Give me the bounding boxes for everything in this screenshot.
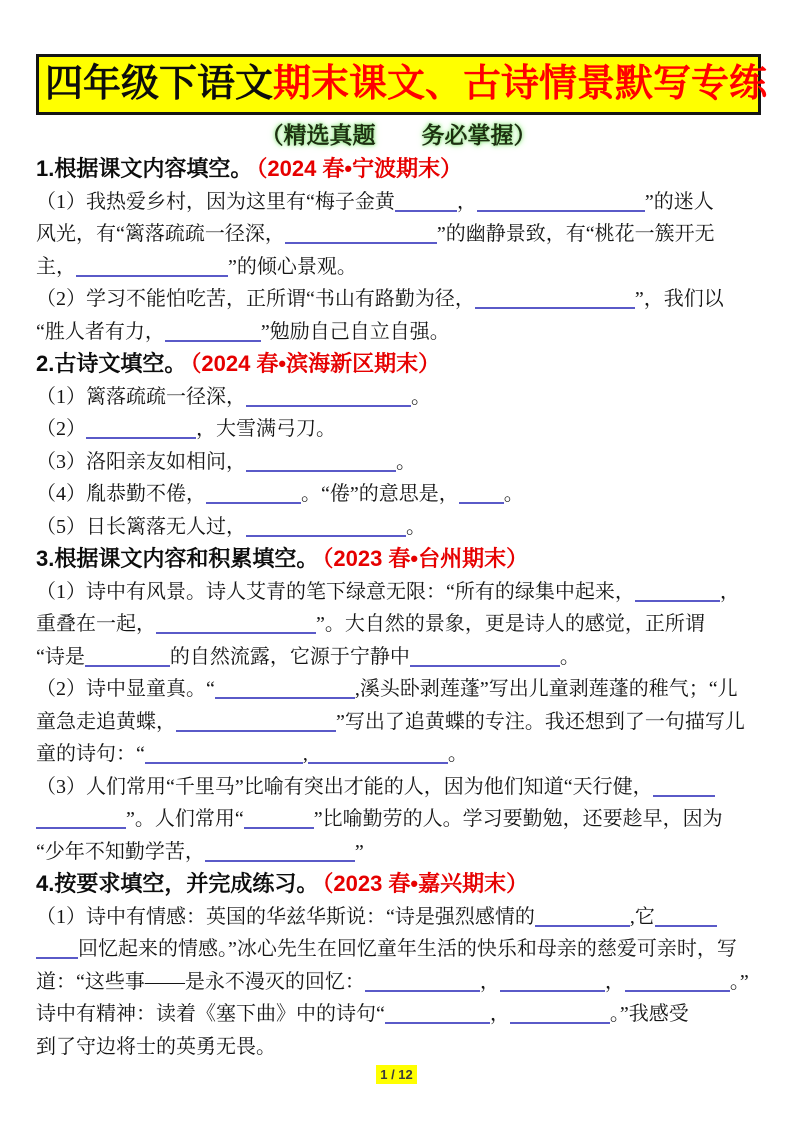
blank-underline [308, 748, 448, 764]
text-line: 风光，有“篱落疏疏一径深，”的幽静景致，有“桃花一簇开无 [36, 218, 761, 251]
text-segment: 。”我感受 [610, 1003, 689, 1025]
text-segment: 童的诗句：“ [36, 743, 145, 765]
text-segment: 回忆起来的情感。”冰心先生在回忆童年生活的快乐和母亲的慈爱可亲时，写 [78, 938, 737, 960]
question-block: 2.古诗文填空。（2024 春•滨海新区期末）（1）篱落疏疏一径深，。（2），大… [36, 348, 761, 543]
blank-underline [85, 651, 170, 667]
text-line: 道：“这些事——是永不漫灭的回忆：，，。” [36, 966, 761, 999]
blank-underline [244, 813, 314, 829]
blank-underline [635, 586, 720, 602]
text-line: （5）日长篱落无人过，。 [36, 511, 761, 544]
text-segment: 道：“这些事——是永不漫灭的回忆： [36, 971, 365, 993]
page-footer: 1 / 12 [0, 1065, 793, 1084]
question-heading-label: 1.根据课文内容填空。 [36, 156, 252, 181]
text-segment: ”写出了追黄蝶的专注。我还想到了一句描写儿 [336, 711, 745, 733]
blank-underline [156, 618, 316, 634]
text-segment: （5）日长篱落无人过， [36, 516, 246, 538]
blank-underline [36, 943, 78, 959]
text-segment: “诗是 [36, 646, 85, 668]
blank-underline [145, 748, 303, 764]
text-segment: 重叠在一起， [36, 613, 156, 635]
worksheet-subtitle: （精选真题 务必掌握） [36, 119, 761, 151]
blank-underline [395, 196, 457, 212]
text-segment: 。 [448, 743, 468, 765]
text-line: 到了守边将士的英勇无畏。 [36, 1031, 761, 1064]
text-segment: 主， [36, 256, 76, 278]
blank-underline [246, 391, 411, 407]
text-line: “少年不知勤学苦，” [36, 836, 761, 869]
question-source-tag: （2024 春•滨海新区期末） [190, 351, 440, 376]
text-line: ”。人们常用“”比喻勤劳的人。学习要勤勉，还要趁早，因为 [36, 803, 761, 836]
blank-underline [205, 846, 355, 862]
text-segment: ”比喻勤劳的人。学习要勤勉，还要趁早，因为 [314, 808, 723, 830]
text-segment: ， [480, 971, 500, 993]
blank-underline [246, 521, 406, 537]
text-line: 回忆起来的情感。”冰心先生在回忆童年生活的快乐和母亲的慈爱可亲时，写 [36, 933, 761, 966]
question-heading-label: 3.根据课文内容和积累填空。 [36, 546, 318, 571]
text-segment: “少年不知勤学苦， [36, 841, 205, 863]
question-block: 4.按要求填空，并完成练习。（2023 春•嘉兴期末）（1）诗中有情感：英国的华… [36, 868, 761, 1063]
text-segment: 。 [406, 516, 426, 538]
text-line: （1）篱落疏疏一径深，。 [36, 381, 761, 414]
blank-underline [165, 326, 261, 342]
question-heading: 3.根据课文内容和积累填空。（2023 春•台州期末） [36, 543, 761, 576]
worksheet-title-bar: 四年级下语文期末课文、古诗情景默写专练 [36, 54, 761, 115]
text-segment: 诗中有精神：读着《塞下曲》中的诗句“ [36, 1003, 385, 1025]
text-segment: 。“倦”的意思是， [301, 483, 459, 505]
text-segment: （1）诗中有风景。诗人艾青的笔下绿意无限：“所有的绿集中起来， [36, 581, 635, 603]
blank-underline [510, 1008, 610, 1024]
text-line: “胜人者有力，”勉励自己自立自强。 [36, 316, 761, 349]
text-line: （2）诗中显童真。“,溪头卧剥莲蓬”写出儿童剥莲蓬的稚气；“儿 [36, 673, 761, 706]
text-segment: （2） [36, 418, 86, 440]
text-segment: ”的幽静景致，有“桃花一簇开无 [437, 223, 715, 245]
text-segment: 。 [504, 483, 524, 505]
blank-underline [76, 261, 228, 277]
blank-underline [86, 423, 196, 439]
blank-underline [655, 911, 717, 927]
questions-container: 1.根据课文内容填空。（2024 春•宁波期末）（1）我热爱乡村，因为这里有“梅… [36, 153, 761, 1063]
text-segment: ， [605, 971, 625, 993]
blank-underline [625, 976, 730, 992]
text-segment: “胜人者有力， [36, 321, 165, 343]
question-heading: 1.根据课文内容填空。（2024 春•宁波期末） [36, 153, 761, 186]
text-segment: （2）诗中显童真。“ [36, 678, 215, 700]
blank-underline [36, 813, 126, 829]
text-line: （2），大雪满弓刀。 [36, 413, 761, 446]
text-segment: ， [720, 581, 740, 603]
blank-underline [246, 456, 396, 472]
text-line: （1）诗中有情感：英国的华兹华斯说：“诗是强烈感情的,它 [36, 901, 761, 934]
text-line: 诗中有精神：读着《塞下曲》中的诗句“，。”我感受 [36, 998, 761, 1031]
question-source-tag: （2024 春•宁波期末） [256, 156, 462, 181]
text-line: （1）我热爱乡村，因为这里有“梅子金黄，”的迷人 [36, 186, 761, 219]
text-segment: ， [457, 191, 477, 213]
text-segment: 。 [411, 386, 431, 408]
text-line: 童急走追黄蝶，”写出了追黄蝶的专注。我还想到了一句描写儿 [36, 706, 761, 739]
text-segment: 风光，有“篱落疏疏一径深， [36, 223, 285, 245]
question-heading: 4.按要求填空，并完成练习。（2023 春•嘉兴期末） [36, 868, 761, 901]
title-topic-part: 期末课文、古诗情景默写专练 [273, 63, 767, 105]
text-segment: ”，我们以 [635, 288, 724, 310]
text-line: 童的诗句：“,。 [36, 738, 761, 771]
page-number-badge: 1 / 12 [376, 1065, 417, 1084]
blank-underline [215, 683, 355, 699]
blank-underline [477, 196, 645, 212]
text-segment: ,它 [630, 906, 655, 928]
blank-underline [475, 293, 635, 309]
text-segment: ， [490, 1003, 510, 1025]
text-segment: （1）我热爱乡村，因为这里有“梅子金黄 [36, 191, 395, 213]
text-segment: 的自然流露，它源于宁静中 [170, 646, 410, 668]
text-line: （3）洛阳亲友如相问，。 [36, 446, 761, 479]
blank-underline [500, 976, 605, 992]
question-block: 3.根据课文内容和积累填空。（2023 春•台州期末）（1）诗中有风景。诗人艾青… [36, 543, 761, 868]
text-line: 主，”的倾心景观。 [36, 251, 761, 284]
text-segment: （1）篱落疏疏一径深， [36, 386, 246, 408]
text-segment: ”的倾心景观。 [228, 256, 357, 278]
blank-underline [365, 976, 480, 992]
question-heading: 2.古诗文填空。（2024 春•滨海新区期末） [36, 348, 761, 381]
text-segment: 。 [560, 646, 580, 668]
blank-underline [535, 911, 630, 927]
text-segment: ”的迷人 [645, 191, 714, 213]
text-segment: 到了守边将士的英勇无畏。 [36, 1036, 276, 1058]
text-segment: ，大雪满弓刀。 [196, 418, 336, 440]
text-segment: 。 [396, 451, 416, 473]
text-segment: （4）胤恭勤不倦， [36, 483, 206, 505]
text-segment: 童急走追黄蝶， [36, 711, 176, 733]
question-source-tag: （2023 春•嘉兴期末） [322, 871, 528, 896]
text-segment: （2）学习不能怕吃苦，正所谓“书山有路勤为径， [36, 288, 475, 310]
text-segment: ”勉励自己自立自强。 [261, 321, 450, 343]
question-heading-label: 2.古诗文填空。 [36, 351, 186, 376]
text-segment: （3）人们常用“千里马”比喻有突出才能的人，因为他们知道“天行健， [36, 776, 653, 798]
question-block: 1.根据课文内容填空。（2024 春•宁波期末）（1）我热爱乡村，因为这里有“梅… [36, 153, 761, 348]
blank-underline [653, 781, 715, 797]
text-line: （3）人们常用“千里马”比喻有突出才能的人，因为他们知道“天行健， [36, 771, 761, 804]
text-segment: 。” [730, 971, 749, 993]
title-grade-part: 四年级下语文 [45, 63, 273, 105]
blank-underline [410, 651, 560, 667]
worksheet-page: 四年级下语文期末课文、古诗情景默写专练 （精选真题 务必掌握） 1.根据课文内容… [36, 54, 761, 1063]
blank-underline [176, 716, 336, 732]
question-heading-label: 4.按要求填空，并完成练习。 [36, 871, 318, 896]
text-segment: ”。大自然的景象，更是诗人的感觉，正所谓 [316, 613, 705, 635]
text-line: 重叠在一起，”。大自然的景象，更是诗人的感觉，正所谓 [36, 608, 761, 641]
text-line: （4）胤恭勤不倦，。“倦”的意思是，。 [36, 478, 761, 511]
text-segment: （1）诗中有情感：英国的华兹华斯说：“诗是强烈感情的 [36, 906, 535, 928]
text-line: （1）诗中有风景。诗人艾青的笔下绿意无限：“所有的绿集中起来，， [36, 576, 761, 609]
text-line: “诗是的自然流露，它源于宁静中。 [36, 641, 761, 674]
blank-underline [459, 488, 504, 504]
blank-underline [385, 1008, 490, 1024]
text-line: （2）学习不能怕吃苦，正所谓“书山有路勤为径，”，我们以 [36, 283, 761, 316]
text-segment: ,溪头卧剥莲蓬”写出儿童剥莲蓬的稚气；“儿 [355, 678, 738, 700]
text-segment: ” [355, 841, 364, 863]
text-segment: ”。人们常用“ [126, 808, 244, 830]
blank-underline [206, 488, 301, 504]
blank-underline [285, 228, 437, 244]
text-segment: （3）洛阳亲友如相问， [36, 451, 246, 473]
question-source-tag: （2023 春•台州期末） [322, 546, 528, 571]
